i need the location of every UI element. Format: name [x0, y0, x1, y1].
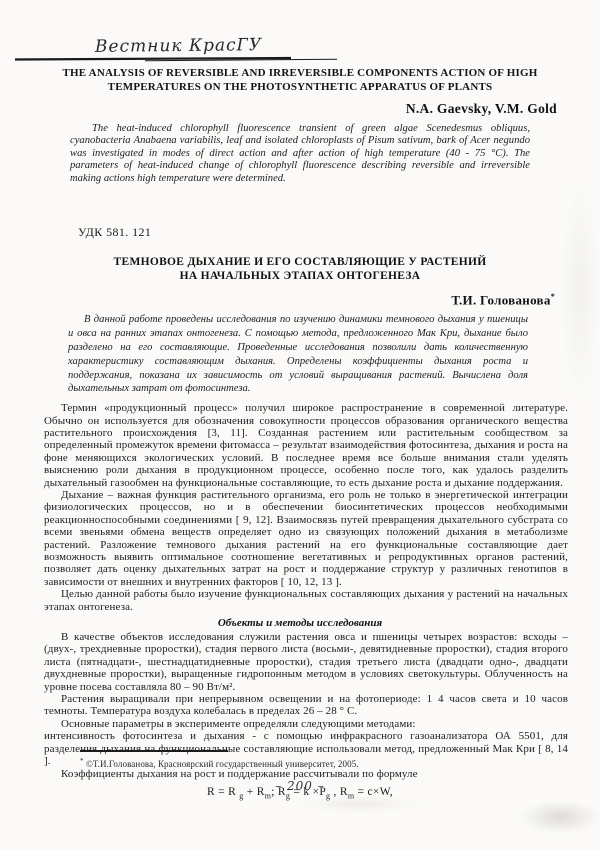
- russian-author-name: Т.И. Голованова: [451, 292, 550, 307]
- scan-artifact: [520, 800, 600, 834]
- udc-code: УДК 581. 121: [78, 225, 600, 240]
- russian-article-title: ТЕМНОВОЕ ДЫХАНИЕ И ЕГО СОСТАВЛЯЮЩИЕ У РА…: [40, 255, 560, 283]
- paragraph-goal: Целью данной работы было изучение функци…: [44, 588, 568, 613]
- english-title-line1: THE ANALYSIS OF REVERSIBLE AND IRREVERSI…: [30, 66, 570, 80]
- russian-title-line1: ТЕМНОВОЕ ДЫХАНИЕ И ЕГО СОСТАВЛЯЮЩИЕ У РА…: [40, 255, 560, 269]
- section-heading-methods: Объекты и методы исследования: [0, 617, 600, 629]
- journal-logo: Вестник КрасГУ: [95, 35, 262, 57]
- author-footnote-mark: *: [551, 292, 555, 301]
- paragraph-intro-1: Термин «продукционный процесс» получил ш…: [44, 402, 568, 489]
- scan-artifact: [560, 180, 600, 400]
- footnote-body: ©Т.И.Голованова, Красноярский государств…: [84, 759, 359, 769]
- russian-abstract: В данной работе проведены исследования п…: [68, 313, 528, 396]
- russian-author: Т.И. Голованова*: [0, 292, 555, 308]
- paragraph-methods-growing: Растения выращивали при непрерывном осве…: [44, 693, 568, 718]
- header-rule: [15, 55, 341, 63]
- english-abstract: The heat-induced chlorophyll fluorescenc…: [70, 123, 530, 185]
- paragraph-methods-objects: В качестве объектов исследования служили…: [44, 631, 568, 693]
- english-title-line2: TEMPERATURES ON THE PHOTOSYNTHETIC APPAR…: [30, 80, 570, 94]
- footnote-rule: [80, 750, 228, 752]
- scanned-paper-page: Вестник КрасГУ THE ANALYSIS OF REVERSIBL…: [0, 0, 600, 849]
- russian-title-line2: НА НАЧАЛЬНЫХ ЭТАПАХ ОНТОГЕНЕЗА: [40, 269, 560, 283]
- footnote: * ©Т.И.Голованова, Красноярский государс…: [80, 757, 500, 769]
- english-article-title: THE ANALYSIS OF REVERSIBLE AND IRREVERSI…: [30, 66, 570, 94]
- english-authors: N.A. Gaevsky, V.M. Gold: [0, 101, 557, 117]
- page-number: – 200 –: [0, 779, 600, 793]
- paragraph-methods-parameters: Основные параметры в эксперименте опреде…: [44, 718, 568, 730]
- paragraph-intro-2: Дыхание – важная функция растительного о…: [44, 489, 568, 588]
